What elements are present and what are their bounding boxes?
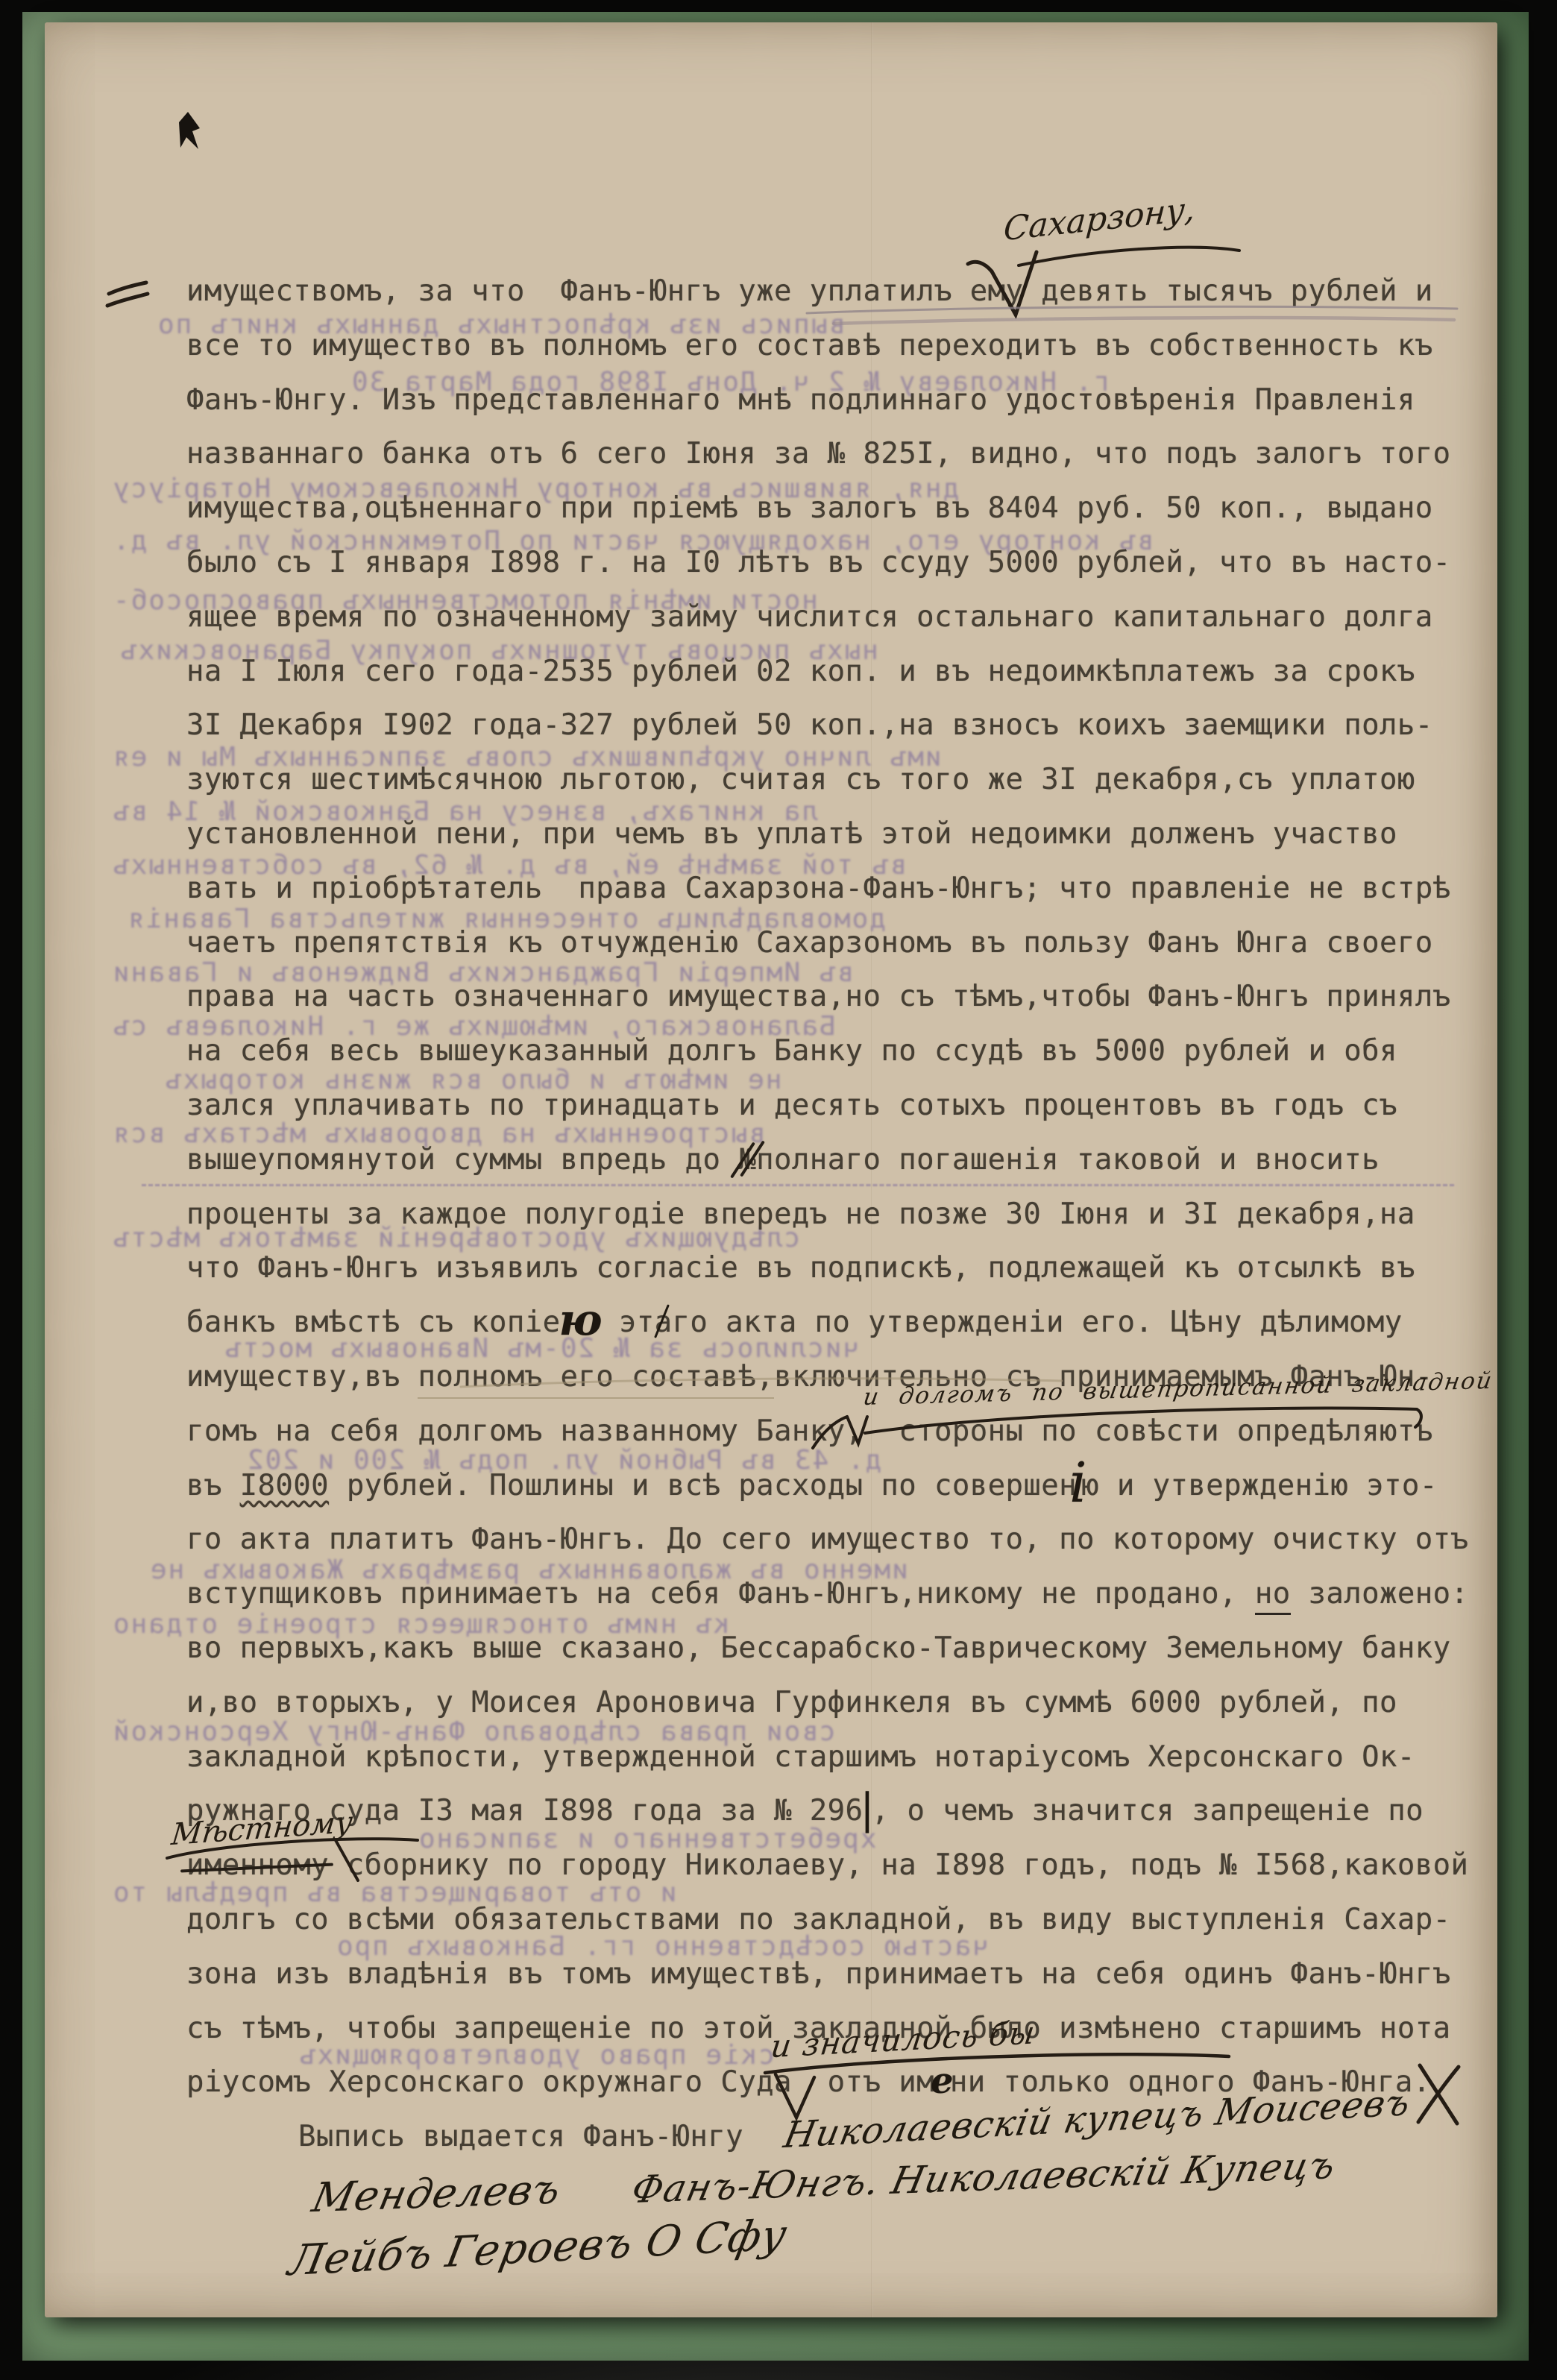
typed-segment: было съ I января I898 г. на I0 лѣтъ въ с… [186, 546, 1450, 579]
typed-line: долгъ со всѣми обязательствами по заклад… [186, 1907, 1450, 1933]
typed-segment: но [1255, 1577, 1291, 1615]
typed-segment: права на часть означеннаго имущества,но … [186, 980, 1450, 1013]
typed-line: чаетъ препятствія къ отчужденію Сахарзон… [186, 930, 1433, 957]
typed-line: на себя весь вышеуказанный долгъ Банку п… [186, 1038, 1397, 1065]
bleedthrough-dashed-line [142, 1184, 1454, 1186]
typed-line: Выпись выдается Фанъ-Юнгу [298, 2124, 743, 2150]
photograph-of-archival-document: выпись изъ крѣпостныхъ данныхъ книгъ пог… [0, 0, 1557, 2380]
typed-segment: вать и пріобрѣтатель права Сахарзона-Фан… [186, 872, 1450, 905]
typed-segment: , о чемъ значится запрещеніе по [872, 1794, 1424, 1827]
typed-line: вышеупомянутой суммы впредь до №полнаго … [186, 1147, 1380, 1174]
typed-segment: все то имущество въ полномъ его составѣ … [186, 329, 1433, 362]
typed-segment: чаетъ препятствія къ отчужденію Сахарзон… [186, 926, 1433, 960]
typed-segment: ріусомъ Херсонскаго окружнаго Суда отъ и… [186, 2065, 934, 2099]
typed-segment: заложено: [1291, 1577, 1469, 1611]
typed-line: гомъ на себя долгомъ названному Банку, с… [186, 1418, 1433, 1445]
typed-line: именному сборнику по городу Николаеву, н… [186, 1852, 1468, 1879]
typed-segment: долгъ со всѣми обязательствами по заклад… [186, 1903, 1450, 1936]
typed-segment: зуются шестимѣсячною льготою, считая съ … [186, 763, 1415, 796]
typed-line: имущества,оцѣненнаго при пріемѣ въ залог… [186, 495, 1433, 522]
typed-segment: Выпись выдается Фанъ-Юнгу [298, 2120, 743, 2153]
typed-line: го акта платитъ Фанъ-Юнгъ. До сего имуще… [186, 1526, 1468, 1553]
typed-segment: ю и утвержденію это- [1081, 1469, 1438, 1502]
typed-segment: имуществомъ, за что Фанъ-Юнгъ уже уплати… [186, 274, 1433, 308]
typed-line: было съ I января I898 г. на I0 лѣтъ въ с… [186, 550, 1450, 576]
typed-line: и,во вторыхъ, у Моисея Ароновича Гурфинк… [186, 1690, 1397, 1716]
typed-line: банкъ вмѣстѣ съ копіею этаго акта по утв… [186, 1309, 1403, 1336]
handwritten-correction: ю [559, 1294, 603, 1345]
typed-line: ружнаго суда I3 мая I898 года за № 296|,… [186, 1798, 1424, 1825]
typed-segment: въ [186, 1469, 240, 1502]
typed-line: въ I8000 рублей. Пошлины и всѣ расходы п… [186, 1473, 1438, 1499]
typed-segment: названнаго банка отъ 6 сего Іюня за № 82… [186, 437, 1450, 470]
typed-segment: имущества,оцѣненнаго при пріемѣ въ залог… [186, 491, 1433, 525]
typed-line: названнаго банка отъ 6 сего Іюня за № 82… [186, 441, 1450, 467]
typed-segment: на себя весь вышеуказанный долгъ Банку п… [186, 1034, 1397, 1068]
typed-line: установленной пени, при чемъ въ уплатѣ э… [186, 821, 1397, 848]
typed-segment: и,во вторыхъ, у Моисея Ароновича Гурфинк… [186, 1686, 1397, 1719]
typed-line: что Фанъ-Юнгъ изъявилъ согласіе въ подпи… [186, 1255, 1415, 1282]
typed-segment: I8000 [240, 1469, 329, 1502]
typed-segment: банкъ вмѣстѣ съ копіе [186, 1306, 560, 1339]
typed-line: имуществомъ, за что Фанъ-Юнгъ уже уплати… [186, 278, 1433, 305]
typed-segment: установленной пени, при чемъ въ уплатѣ э… [186, 817, 1397, 851]
typed-segment: во первыхъ,какъ выше сказано, Бессарабск… [186, 1631, 1450, 1665]
typed-line: во первыхъ,какъ выше сказано, Бессарабск… [186, 1635, 1450, 1662]
typed-segment: проценты за каждое полугодіе впередъ не … [186, 1197, 1415, 1231]
handwritten-correction: | [860, 1785, 874, 1833]
typed-line: права на часть означеннаго имущества,но … [186, 983, 1450, 1010]
typed-segment: полнаго погашенія таковой и вносить [756, 1143, 1380, 1177]
typed-line: на I Іюля сего года-2535 рублей 02 коп. … [186, 658, 1415, 685]
typed-segment: ящее время по означенному займу числится… [186, 600, 1433, 634]
typed-line: зона изъ владѣнія въ томъ имуществѣ, при… [186, 1961, 1450, 1988]
typed-segment: вышеупомянутой суммы впредь до [186, 1143, 738, 1177]
typed-segment: имуществу,въ [186, 1360, 418, 1394]
typed-line: зуются шестимѣсячною льготою, считая съ … [186, 766, 1415, 793]
typed-line: 3I Декабря I902 года-327 рублей 50 коп.,… [186, 712, 1433, 739]
handwritten-correction: і [1069, 1451, 1087, 1515]
typed-line: закладной крѣпости, утвержденной старшим… [186, 1744, 1415, 1771]
typed-segment: именному [186, 1852, 329, 1879]
typed-segment: закладной крѣпости, утвержденной старшим… [186, 1740, 1415, 1774]
typed-segment: полномъ его составѣ, [418, 1360, 774, 1399]
typed-line: вать и пріобрѣтатель права Сахарзона-Фан… [186, 875, 1450, 902]
typed-segment: зался уплачивать по тринадцать и десять … [186, 1089, 1397, 1122]
typed-line: Фанъ-Юнгу. Изъ представленнаго мнѣ подли… [186, 387, 1415, 414]
typed-line: зался уплачивать по тринадцать и десять … [186, 1092, 1397, 1119]
typed-segment: го акта платитъ Фанъ-Юнгъ. До сего имуще… [186, 1523, 1468, 1556]
typed-segment: что Фанъ-Юнгъ изъявилъ согласіе въ подпи… [186, 1251, 1415, 1285]
typed-segment: го акта по утвержденіи его. Цѣну дѣлимом… [673, 1306, 1403, 1339]
typed-segment: № [738, 1147, 756, 1174]
handwritten-correction: е [931, 2060, 954, 2102]
typed-segment: зона изъ владѣнія въ томъ имуществѣ, при… [186, 1957, 1450, 1991]
signature: Менделевъ [308, 2165, 565, 2221]
typed-segment: эт [601, 1306, 655, 1339]
typed-segment: вступщиковъ принимаетъ на себя Фанъ-Юнгъ… [186, 1577, 1255, 1611]
typed-line: ящее время по означенному займу числится… [186, 604, 1433, 631]
typed-segment: на I Іюля сего года-2535 рублей 02 коп. … [186, 655, 1415, 688]
typed-line: проценты за каждое полугодіе впередъ не … [186, 1201, 1415, 1228]
typed-segment: 3I Декабря I902 года-327 рублей 50 коп.,… [186, 708, 1433, 742]
typed-segment: рублей. Пошлины и всѣ расходы по соверше… [329, 1469, 1077, 1502]
typed-segment: Фанъ-Юнгу. Изъ представленнаго мнѣ подли… [186, 383, 1415, 417]
typed-segment: сборнику по городу Николаеву, на I898 го… [329, 1848, 1468, 1882]
typed-line: все то имущество въ полномъ его составѣ … [186, 333, 1433, 359]
typed-segment: гомъ на себя долгомъ названному Банку, с… [186, 1414, 1433, 1448]
typed-segment: а [655, 1309, 673, 1336]
typed-line: вступщиковъ принимаетъ на себя Фанъ-Юнгъ… [186, 1581, 1468, 1608]
